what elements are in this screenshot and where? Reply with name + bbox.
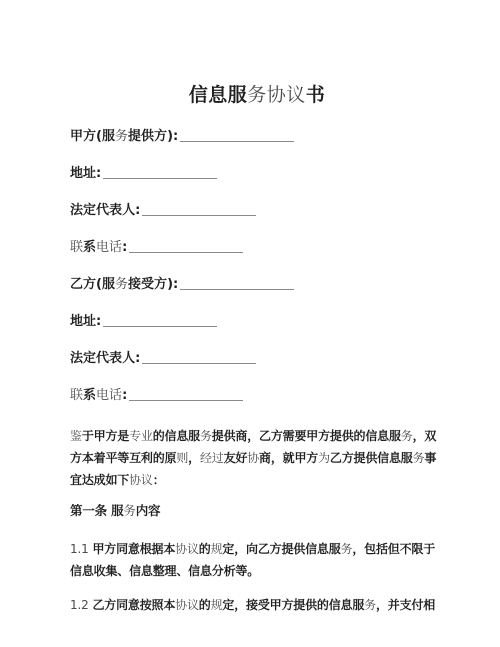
contract-document: 信息服务协议书 甲方(服务提供方):地址:法定代表人:联系电话:乙方(服务接受方… bbox=[0, 0, 500, 647]
form-field-party-b-representative: 法定代表人: bbox=[70, 351, 444, 366]
fill-in-blank-party-a-representative bbox=[142, 203, 256, 216]
field-label-party-a-representative: 法定代表人: bbox=[70, 203, 140, 218]
form-field-party-a-address: 地址: bbox=[70, 166, 444, 181]
form-field-party-a-phone: 联系电话: bbox=[70, 240, 444, 255]
field-label-party-b-phone: 联系电话: bbox=[70, 388, 127, 403]
form-field-party-b-phone: 联系电话: bbox=[70, 388, 444, 403]
fill-in-blank-party-b-representative bbox=[142, 351, 256, 364]
clause-1-item-2: 1.2 乙方同意按照本协议的规定，接受甲方提供的信息服务，并支付相 bbox=[70, 594, 444, 616]
clause-1-item-1: 1.1 甲方同意根据本协议的规定，向乙方提供信息服务，包括但不限于信息收集、信息… bbox=[70, 538, 444, 582]
form-field-party-b-address: 地址: bbox=[70, 314, 444, 329]
document-title: 信息服务协议书 bbox=[70, 80, 444, 107]
clause-1-heading: 第一条 服务内容 bbox=[70, 500, 444, 522]
party-fields: 甲方(服务提供方):地址:法定代表人:联系电话:乙方(服务接受方):地址:法定代… bbox=[70, 129, 444, 403]
field-label-party-b: 乙方(服务接受方): bbox=[70, 277, 178, 292]
form-field-party-a-representative: 法定代表人: bbox=[70, 203, 444, 218]
form-field-party-a: 甲方(服务提供方): bbox=[70, 129, 444, 144]
fill-in-blank-party-a-phone bbox=[129, 240, 243, 253]
fill-in-blank-party-b bbox=[180, 277, 294, 290]
fill-in-blank-party-b-address bbox=[103, 314, 217, 327]
field-label-party-a-phone: 联系电话: bbox=[70, 240, 127, 255]
field-label-party-b-representative: 法定代表人: bbox=[70, 351, 140, 366]
field-label-party-a: 甲方(服务提供方): bbox=[70, 129, 178, 144]
fill-in-blank-party-a bbox=[180, 129, 294, 142]
field-label-party-b-address: 地址: bbox=[70, 314, 101, 329]
fill-in-blank-party-a-address bbox=[103, 166, 217, 179]
form-field-party-b: 乙方(服务接受方): bbox=[70, 277, 444, 292]
preamble-paragraph: 鉴于甲方是专业的信息服务提供商，乙方需要甲方提供的信息服务，双方本着平等互利的原… bbox=[70, 425, 444, 491]
fill-in-blank-party-b-phone bbox=[129, 388, 243, 401]
field-label-party-a-address: 地址: bbox=[70, 166, 101, 181]
